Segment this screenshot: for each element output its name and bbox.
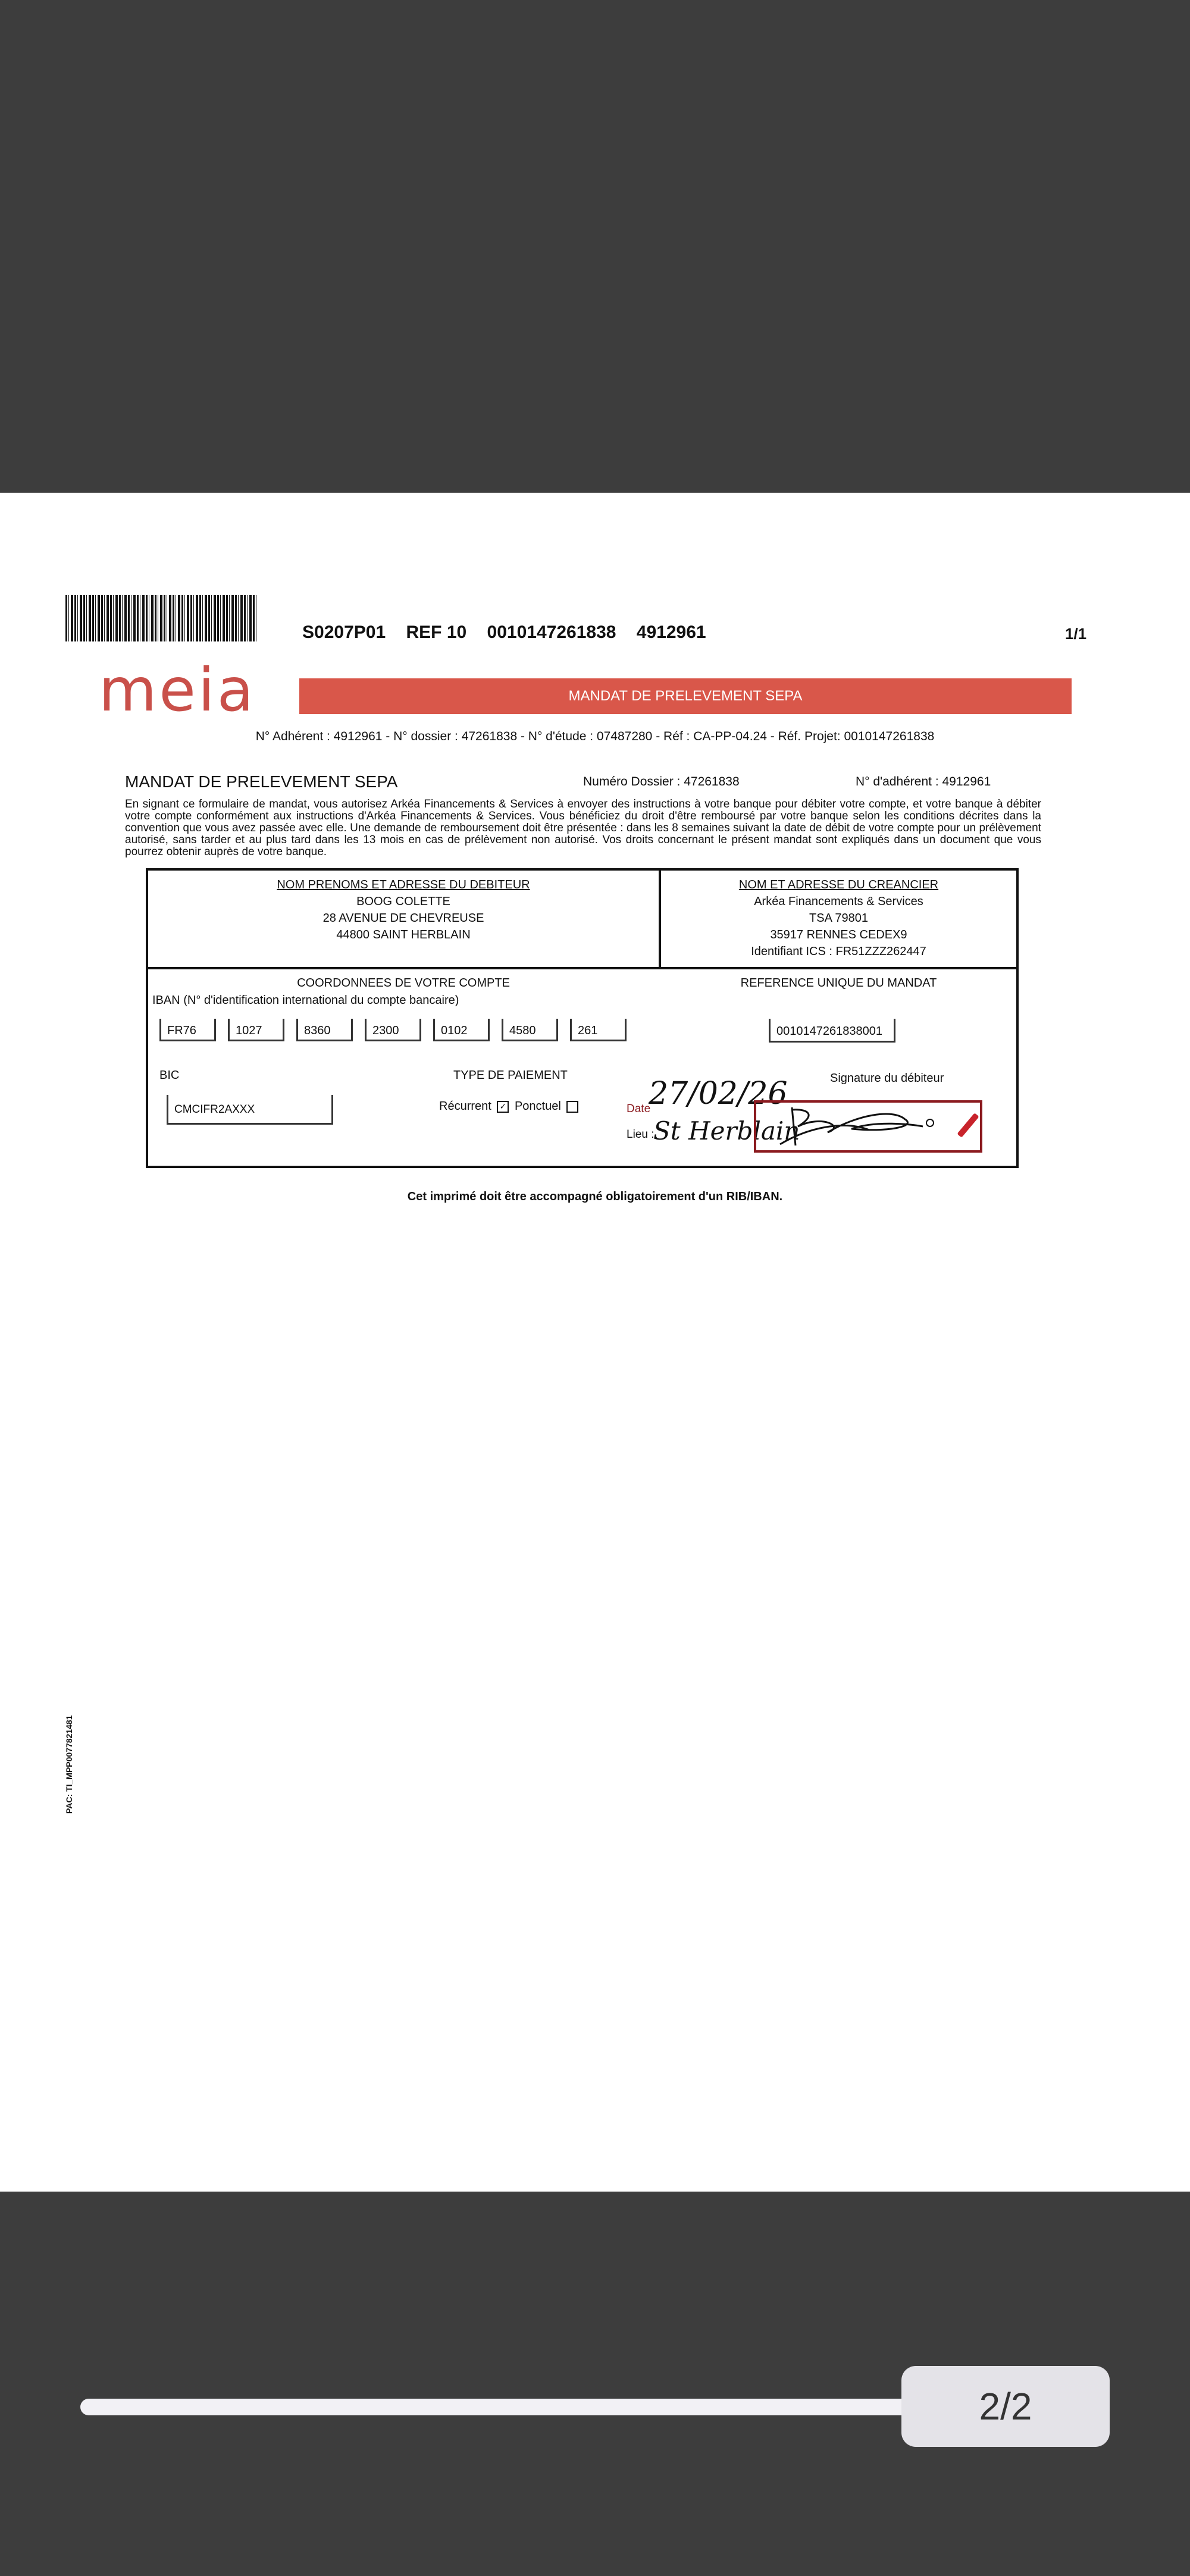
- recurrent-checkbox-checked-icon: ✓: [497, 1101, 509, 1113]
- creditor-heading: NOM ET ADRESSE DU CREANCIER: [661, 877, 1016, 893]
- debtor-heading: NOM PRENOMS ET ADRESSE DU DEBITEUR: [148, 877, 659, 893]
- iban-group: 261: [570, 1019, 627, 1041]
- iban-group: 4580: [502, 1019, 558, 1041]
- account-heading: COORDONNEES DE VOTRE COMPTE: [148, 975, 659, 991]
- bic-value: CMCIFR2AXXX: [167, 1095, 333, 1125]
- creditor-block: NOM ET ADRESSE DU CREANCIER Arkéa Financ…: [661, 877, 1016, 960]
- barcode: [65, 595, 257, 641]
- iban-group: 2300: [365, 1019, 421, 1041]
- project-number: 0010147261838: [487, 622, 616, 642]
- reference-line: N° Adhérent : 4912961 - N° dossier : 472…: [0, 730, 1190, 744]
- iban-label: IBAN (N° d'identification international …: [152, 994, 459, 1007]
- ponctuel-checkbox-icon: [566, 1101, 578, 1113]
- debtor-name: BOOG COLETTE: [148, 893, 659, 910]
- dossier-number: Numéro Dossier : 47261838: [583, 775, 740, 789]
- page-indicator-handle[interactable]: 2/2: [901, 2366, 1110, 2447]
- document-page-count: 1/1: [1065, 625, 1086, 643]
- top-reference-line: S0207P01 REF 10 0010147261838 4912961: [302, 622, 722, 643]
- iban-group: 1027: [228, 1019, 284, 1041]
- bic-label: BIC: [159, 1069, 179, 1082]
- form-code: S0207P01: [302, 622, 386, 642]
- iban-fields: FR76 1027 8360 2300 0102 4580 261: [159, 1019, 627, 1041]
- ref-number: REF 10: [406, 622, 466, 642]
- mandate-intro-text: En signant ce formulaire de mandat, vous…: [125, 799, 1041, 858]
- meia-logo: meia: [99, 661, 256, 720]
- rib-requirement-note: Cet imprimé doit être accompagné obligat…: [0, 1190, 1190, 1204]
- debtor-address-line1: 28 AVENUE DE CHEVREUSE: [148, 910, 659, 927]
- debtor-block: NOM PRENOMS ET ADRESSE DU DEBITEUR BOOG …: [148, 877, 659, 943]
- mandate-ref-heading: REFERENCE UNIQUE DU MANDAT: [661, 975, 1016, 991]
- creditor-name: Arkéa Financements & Services: [661, 893, 1016, 910]
- date-label: Date: [627, 1103, 650, 1116]
- payment-type-options: Récurrent ✓ Ponctuel: [439, 1100, 581, 1113]
- iban-group: FR76: [159, 1019, 216, 1041]
- document-page: S0207P01 REF 10 0010147261838 4912961 1/…: [0, 493, 1190, 2192]
- form-divider-horizontal: [146, 967, 1019, 969]
- side-document-code: PAC: TI_MPP0077821481: [64, 1716, 74, 1814]
- banner-title: MANDAT DE PRELEVEMENT SEPA: [299, 678, 1072, 714]
- signature-label: Signature du débiteur: [830, 1072, 944, 1085]
- signature-box: [754, 1100, 982, 1153]
- recurrent-label: Récurrent: [439, 1100, 491, 1113]
- member-number: 4912961: [637, 622, 706, 642]
- iban-group: 8360: [296, 1019, 353, 1041]
- payment-type-heading: TYPE DE PAIEMENT: [453, 1069, 568, 1082]
- lieu-label: Lieu :: [627, 1128, 654, 1141]
- iban-group: 0102: [433, 1019, 490, 1041]
- adherent-number: N° d'adhérent : 4912961: [856, 775, 991, 789]
- signature-scribble-icon: [756, 1103, 980, 1150]
- ponctuel-label: Ponctuel: [515, 1100, 561, 1113]
- creditor-address-line1: TSA 79801: [661, 910, 1016, 927]
- page-scrubber-track[interactable]: [80, 2399, 913, 2415]
- creditor-ics: Identifiant ICS : FR51ZZZ262447: [661, 943, 1016, 960]
- creditor-address-line2: 35917 RENNES CEDEX9: [661, 927, 1016, 943]
- mandate-title: MANDAT DE PRELEVEMENT SEPA: [125, 772, 398, 791]
- mandate-ref-value: 0010147261838001: [769, 1019, 895, 1043]
- debtor-address-line2: 44800 SAINT HERBLAIN: [148, 927, 659, 943]
